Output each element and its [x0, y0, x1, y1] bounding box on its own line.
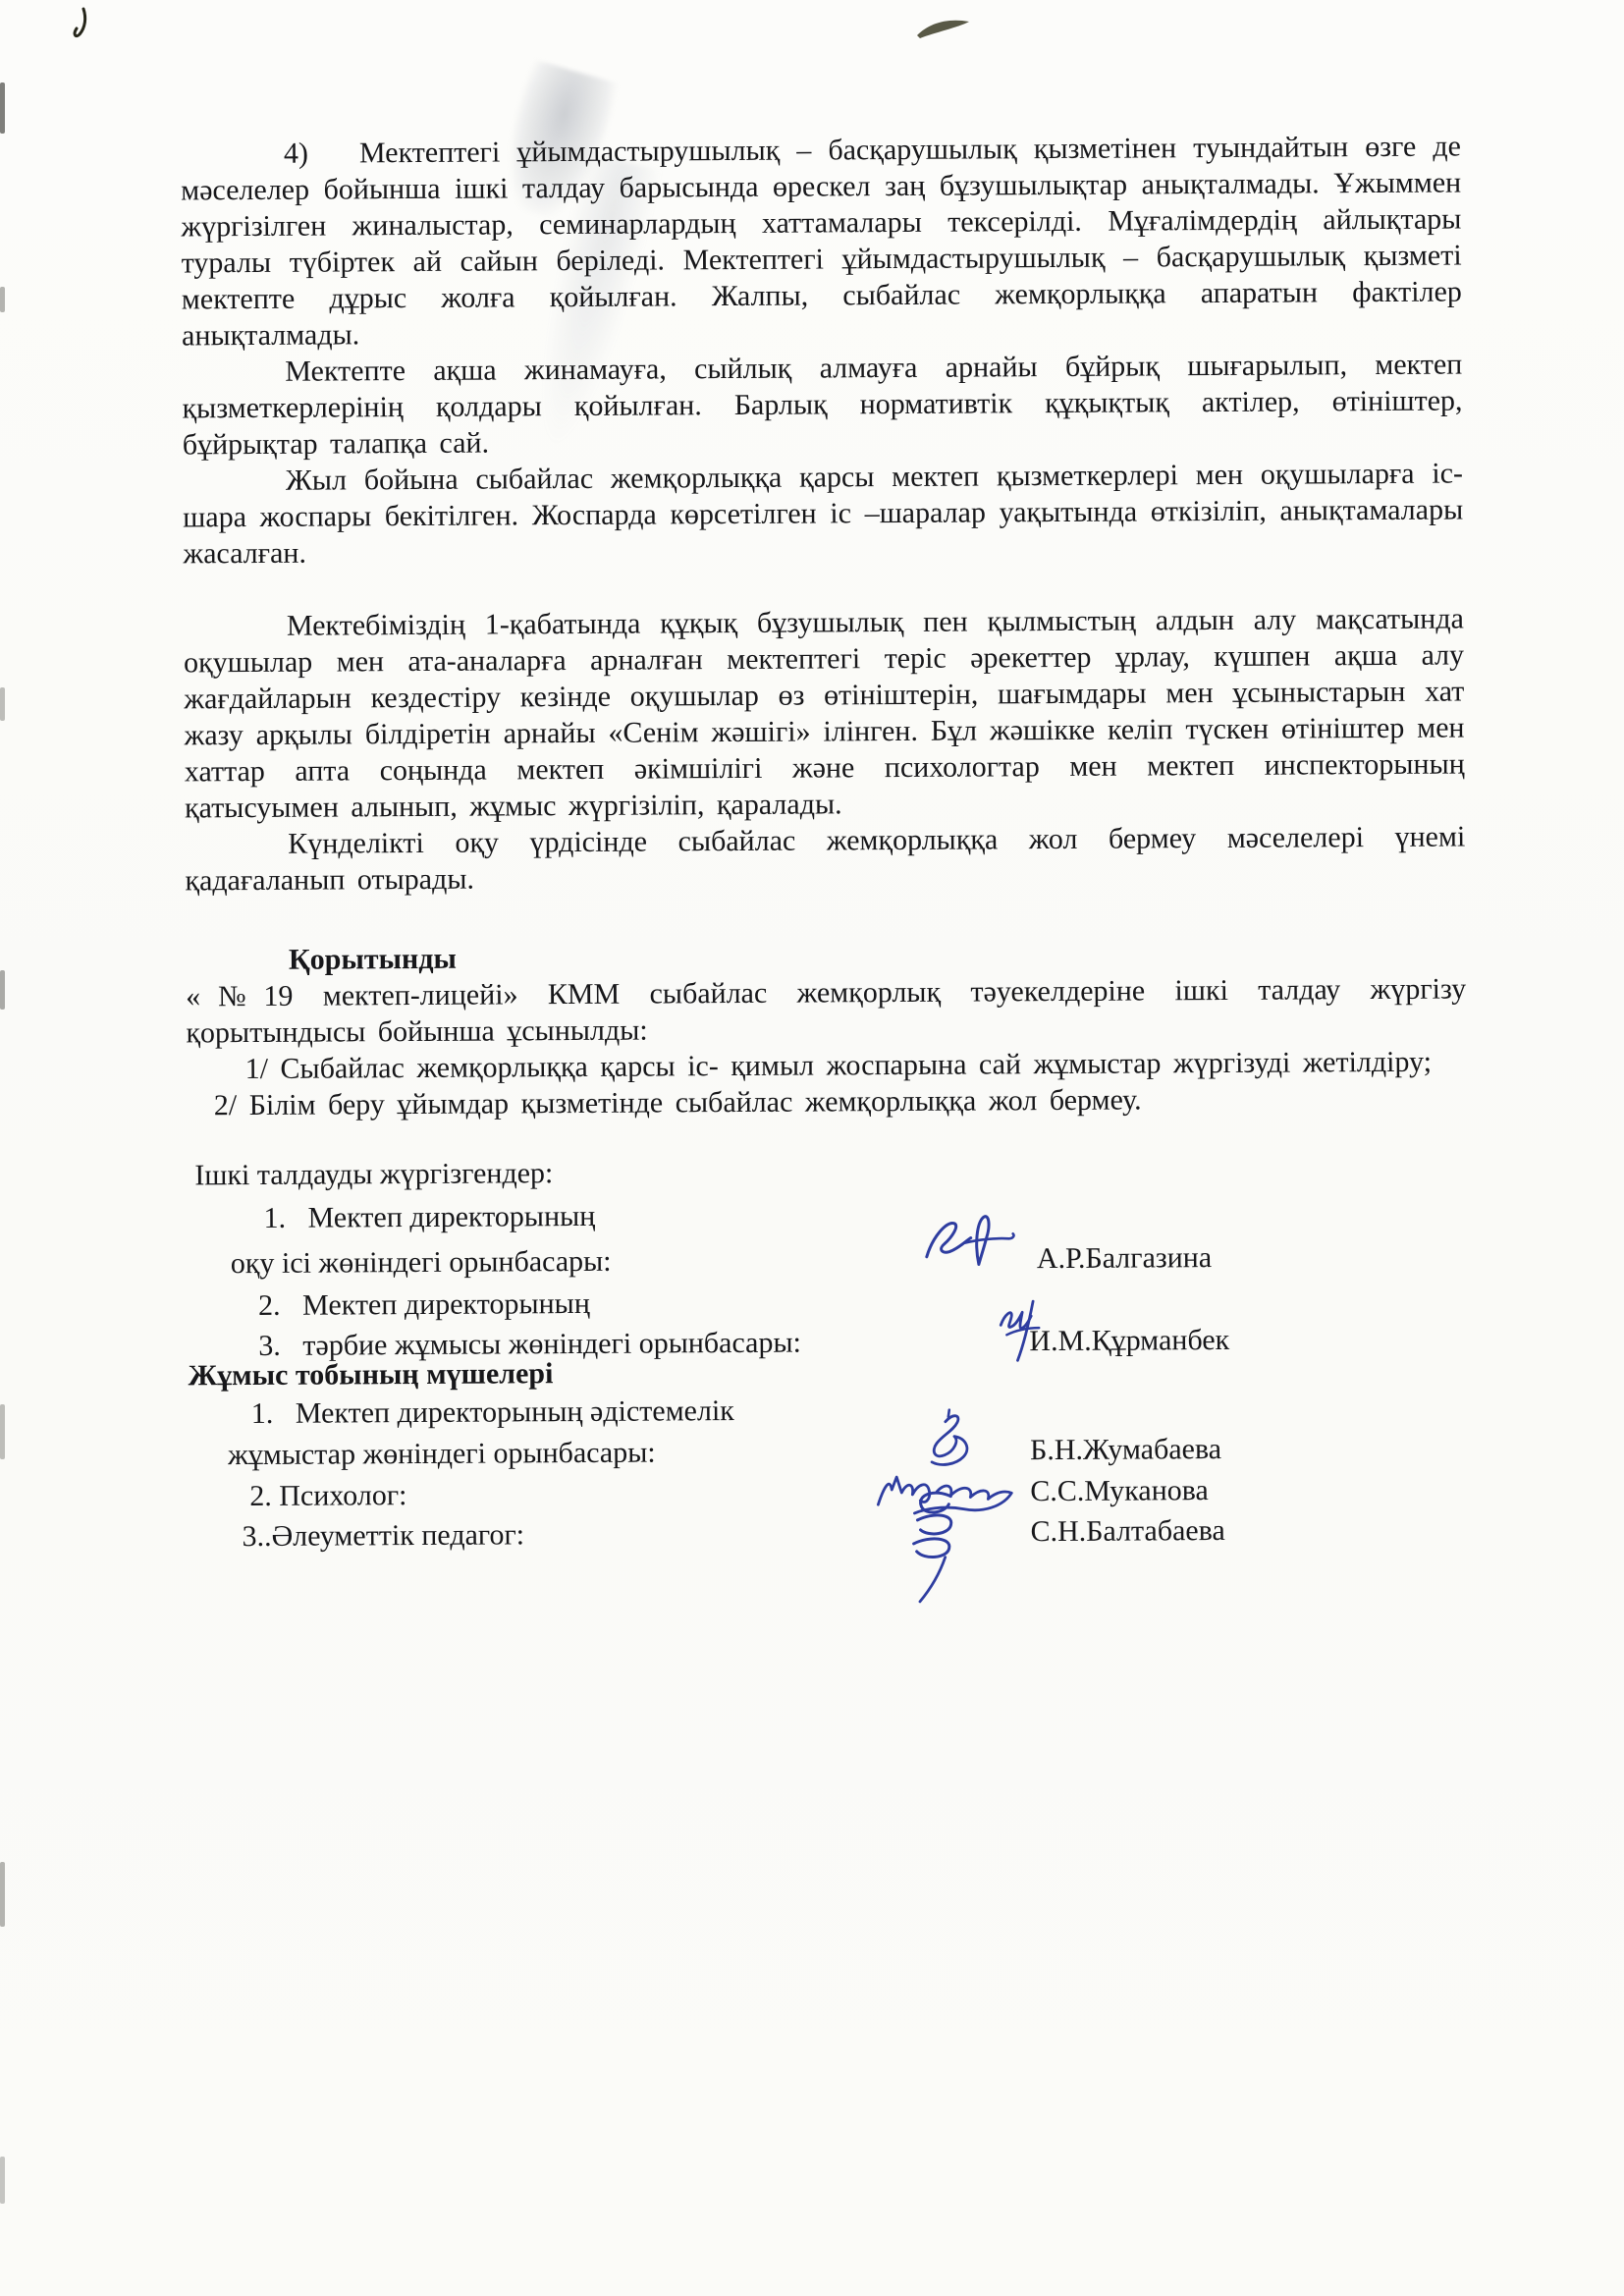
- paragraph-3: Жыл бойына сыбайлас жемқорлыққа қарсы ме…: [183, 455, 1464, 572]
- scan-edge-mark: [0, 970, 5, 1010]
- signatory-1-line1: 1. Мектеп директорының: [263, 1198, 595, 1236]
- signature-kurmanbek: [997, 1299, 1046, 1362]
- paragraph-2-text: Мектепте ақша жинамауға, сыйлық алмауға …: [182, 348, 1462, 461]
- paragraph-1-number: 4): [284, 137, 359, 169]
- paragraph-3-text: Жыл бойына сыбайлас жемқорлыққа қарсы ме…: [183, 457, 1463, 570]
- document-content: 4)Мектептегі ұйымдастырушылық – басқаруш…: [0, 0, 1624, 1561]
- signatories-section: Ішкі талдауды жүргізгендер: 1. Мектеп ди…: [187, 1149, 1469, 1559]
- workgroup-3-name: С.Н.Балтабаева: [1030, 1512, 1224, 1550]
- signatory-2-line1: 2. Мектеп директорының: [258, 1285, 590, 1324]
- paragraph-4: Мектебіміздің 1-қабатында құқық бұзушылы…: [184, 600, 1465, 826]
- workgroup-1-name: Б.Н.Жумабаева: [1030, 1431, 1221, 1468]
- paragraph-6-text: «№19 мектеп-лицейі» КММ сыбайлас жемқорл…: [186, 972, 1466, 1049]
- scan-edge-mark: [0, 2157, 5, 2204]
- signatory-1-line2: оқу ісі жөніндегі орынбасары:: [231, 1243, 612, 1282]
- scan-edge-mark: [0, 1404, 5, 1459]
- workgroup-3-label: 3..Әлеуметтік педагог:: [242, 1516, 524, 1555]
- workgroup-row: 3..Әлеуметтік педагог: С.Н.Балтабаева: [189, 1510, 1469, 1559]
- paragraph-2: Мектепте ақша жинамауға, сыйлық алмауға …: [182, 346, 1463, 463]
- paragraph-6: «№19 мектеп-лицейі» КММ сыбайлас жемқорл…: [186, 970, 1466, 1051]
- signature-balgazina: [921, 1211, 1021, 1273]
- signatory-1-name: А.Р.Балгазина: [1037, 1239, 1213, 1277]
- workgroup-2-label: 2. Психолог:: [249, 1477, 406, 1514]
- workgroup-2-name: С.С.Муканова: [1030, 1472, 1209, 1509]
- scan-edge-mark: [0, 1862, 5, 1927]
- paragraph-5-text: Күнделікті оқу үрдісінде сыбайлас жемқор…: [185, 820, 1465, 897]
- workgroup-1-line2: жұмыстар жөніндегі орынбасары:: [228, 1435, 656, 1474]
- paragraph-1-text: Мектептегі ұйымдастырушылық – басқарушыл…: [181, 130, 1462, 352]
- scanned-document-page: 4)Мектептегі ұйымдастырушылық – басқаруш…: [0, 0, 1624, 2296]
- paragraph-1: 4)Мектептегі ұйымдастырушылық – басқаруш…: [181, 128, 1462, 354]
- signatories-title-row: Ішкі талдауды жүргізгендер:: [187, 1149, 1467, 1200]
- signature-baltabaeva: [893, 1486, 989, 1605]
- signatory-row: 1. Мектеп директорының: [187, 1192, 1467, 1245]
- signatories-title: Ішкі талдауды жүргізгендер:: [194, 1155, 553, 1193]
- workgroup-title: Жұмыс тобының мүшелері: [188, 1355, 553, 1394]
- paragraph-4-text: Мектебіміздің 1-қабатында құқық бұзушылы…: [184, 602, 1465, 824]
- paragraph-5: Күнделікті оқу үрдісінде сыбайлас жемқор…: [185, 818, 1465, 899]
- recommendation-2: 2/ Білім беру ұйымдар қызметінде сыбайла…: [187, 1079, 1467, 1123]
- workgroup-1-line1: 1. Мектеп директорының әдістемелік: [251, 1393, 734, 1432]
